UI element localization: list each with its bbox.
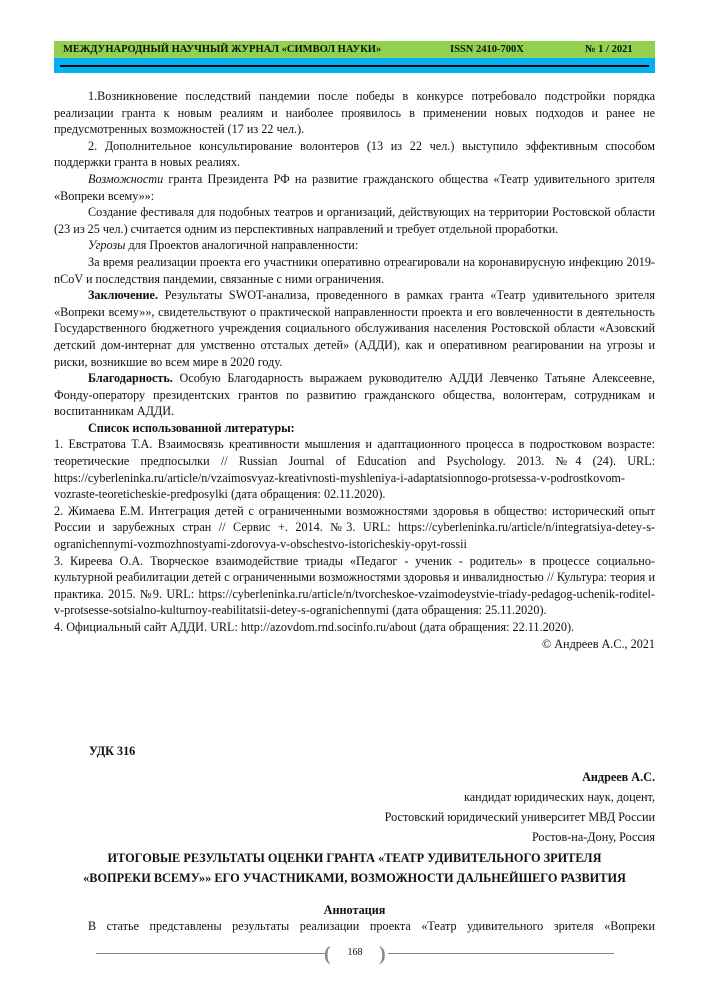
page-number: 168 [332, 947, 378, 958]
footer-line-right [388, 953, 614, 954]
reference-item: 4. Официальный сайт АДДИ. URL: http://az… [54, 619, 655, 636]
paragraph: За время реализации проекта его участник… [54, 254, 655, 287]
reference-item: 1. Евстратова Т.А. Взаимосвязь креативно… [54, 436, 655, 502]
udk: УДК 316 [89, 743, 690, 760]
abstract-label: Аннотация [54, 902, 655, 919]
abstract-start: В статье представлены результаты реализа… [54, 918, 655, 935]
references-title: Список использованной литературы: [54, 420, 655, 437]
issue-number: № 1 / 2021 [585, 41, 633, 58]
issn: ISSN 2410-700X [450, 41, 524, 58]
left-bracket-icon: ( [324, 944, 331, 964]
author-city: Ростов-на-Дону, Россия [54, 827, 655, 847]
journal-header-band: МЕЖДУНАРОДНЫЙ НАУЧНЫЙ ЖУРНАЛ «СИМВОЛ НАУ… [54, 41, 655, 58]
paragraph: 2. Дополнительное консультирование волон… [54, 138, 655, 171]
author-block: Андреев А.С. кандидат юридических наук, … [54, 767, 655, 847]
header-divider [60, 65, 649, 67]
reference-item: 3. Киреева О.А. Творческое взаимодействи… [54, 553, 655, 619]
author-degree: кандидат юридических наук, доцент, [54, 787, 655, 807]
reference-item: 2. Жимаева Е.М. Интеграция детей с огран… [54, 503, 655, 553]
author-affiliation: Ростовский юридический университет МВД Р… [54, 807, 655, 827]
conclusion-label: Заключение. [88, 288, 158, 302]
threats-label: Угрозы [88, 238, 125, 252]
right-bracket-icon: ) [379, 944, 386, 964]
header-blue-band [54, 58, 655, 73]
journal-name: МЕЖДУНАРОДНЫЙ НАУЧНЫЙ ЖУРНАЛ «СИМВОЛ НАУ… [63, 41, 381, 58]
paragraph-threats: Угрозы для Проектов аналогичной направле… [54, 237, 655, 254]
paragraph: Создание фестиваля для подобных театров … [54, 204, 655, 237]
paragraph-thanks: Благодарность. Особую Благодарность выра… [54, 370, 655, 420]
article-title: ИТОГОВЫЕ РЕЗУЛЬТАТЫ ОЦЕНКИ ГРАНТА «ТЕАТР… [54, 848, 655, 888]
paragraph-opportunities: Возможности гранта Президента РФ на разв… [54, 171, 655, 204]
thanks-label: Благодарность. [88, 371, 173, 385]
paragraph: 1.Возникновение последствий пандемии пос… [54, 88, 655, 138]
copyright: © Андреев А.С., 2021 [54, 636, 655, 653]
author-name: Андреев А.С. [54, 767, 655, 787]
paragraph-conclusion: Заключение. Результаты SWOT-анализа, про… [54, 287, 655, 370]
article-continuation: 1.Возникновение последствий пандемии пос… [54, 88, 655, 652]
page-footer: ( 168 ) [96, 944, 614, 964]
opportunities-label: Возможности [88, 172, 163, 186]
footer-line-left [96, 953, 326, 954]
